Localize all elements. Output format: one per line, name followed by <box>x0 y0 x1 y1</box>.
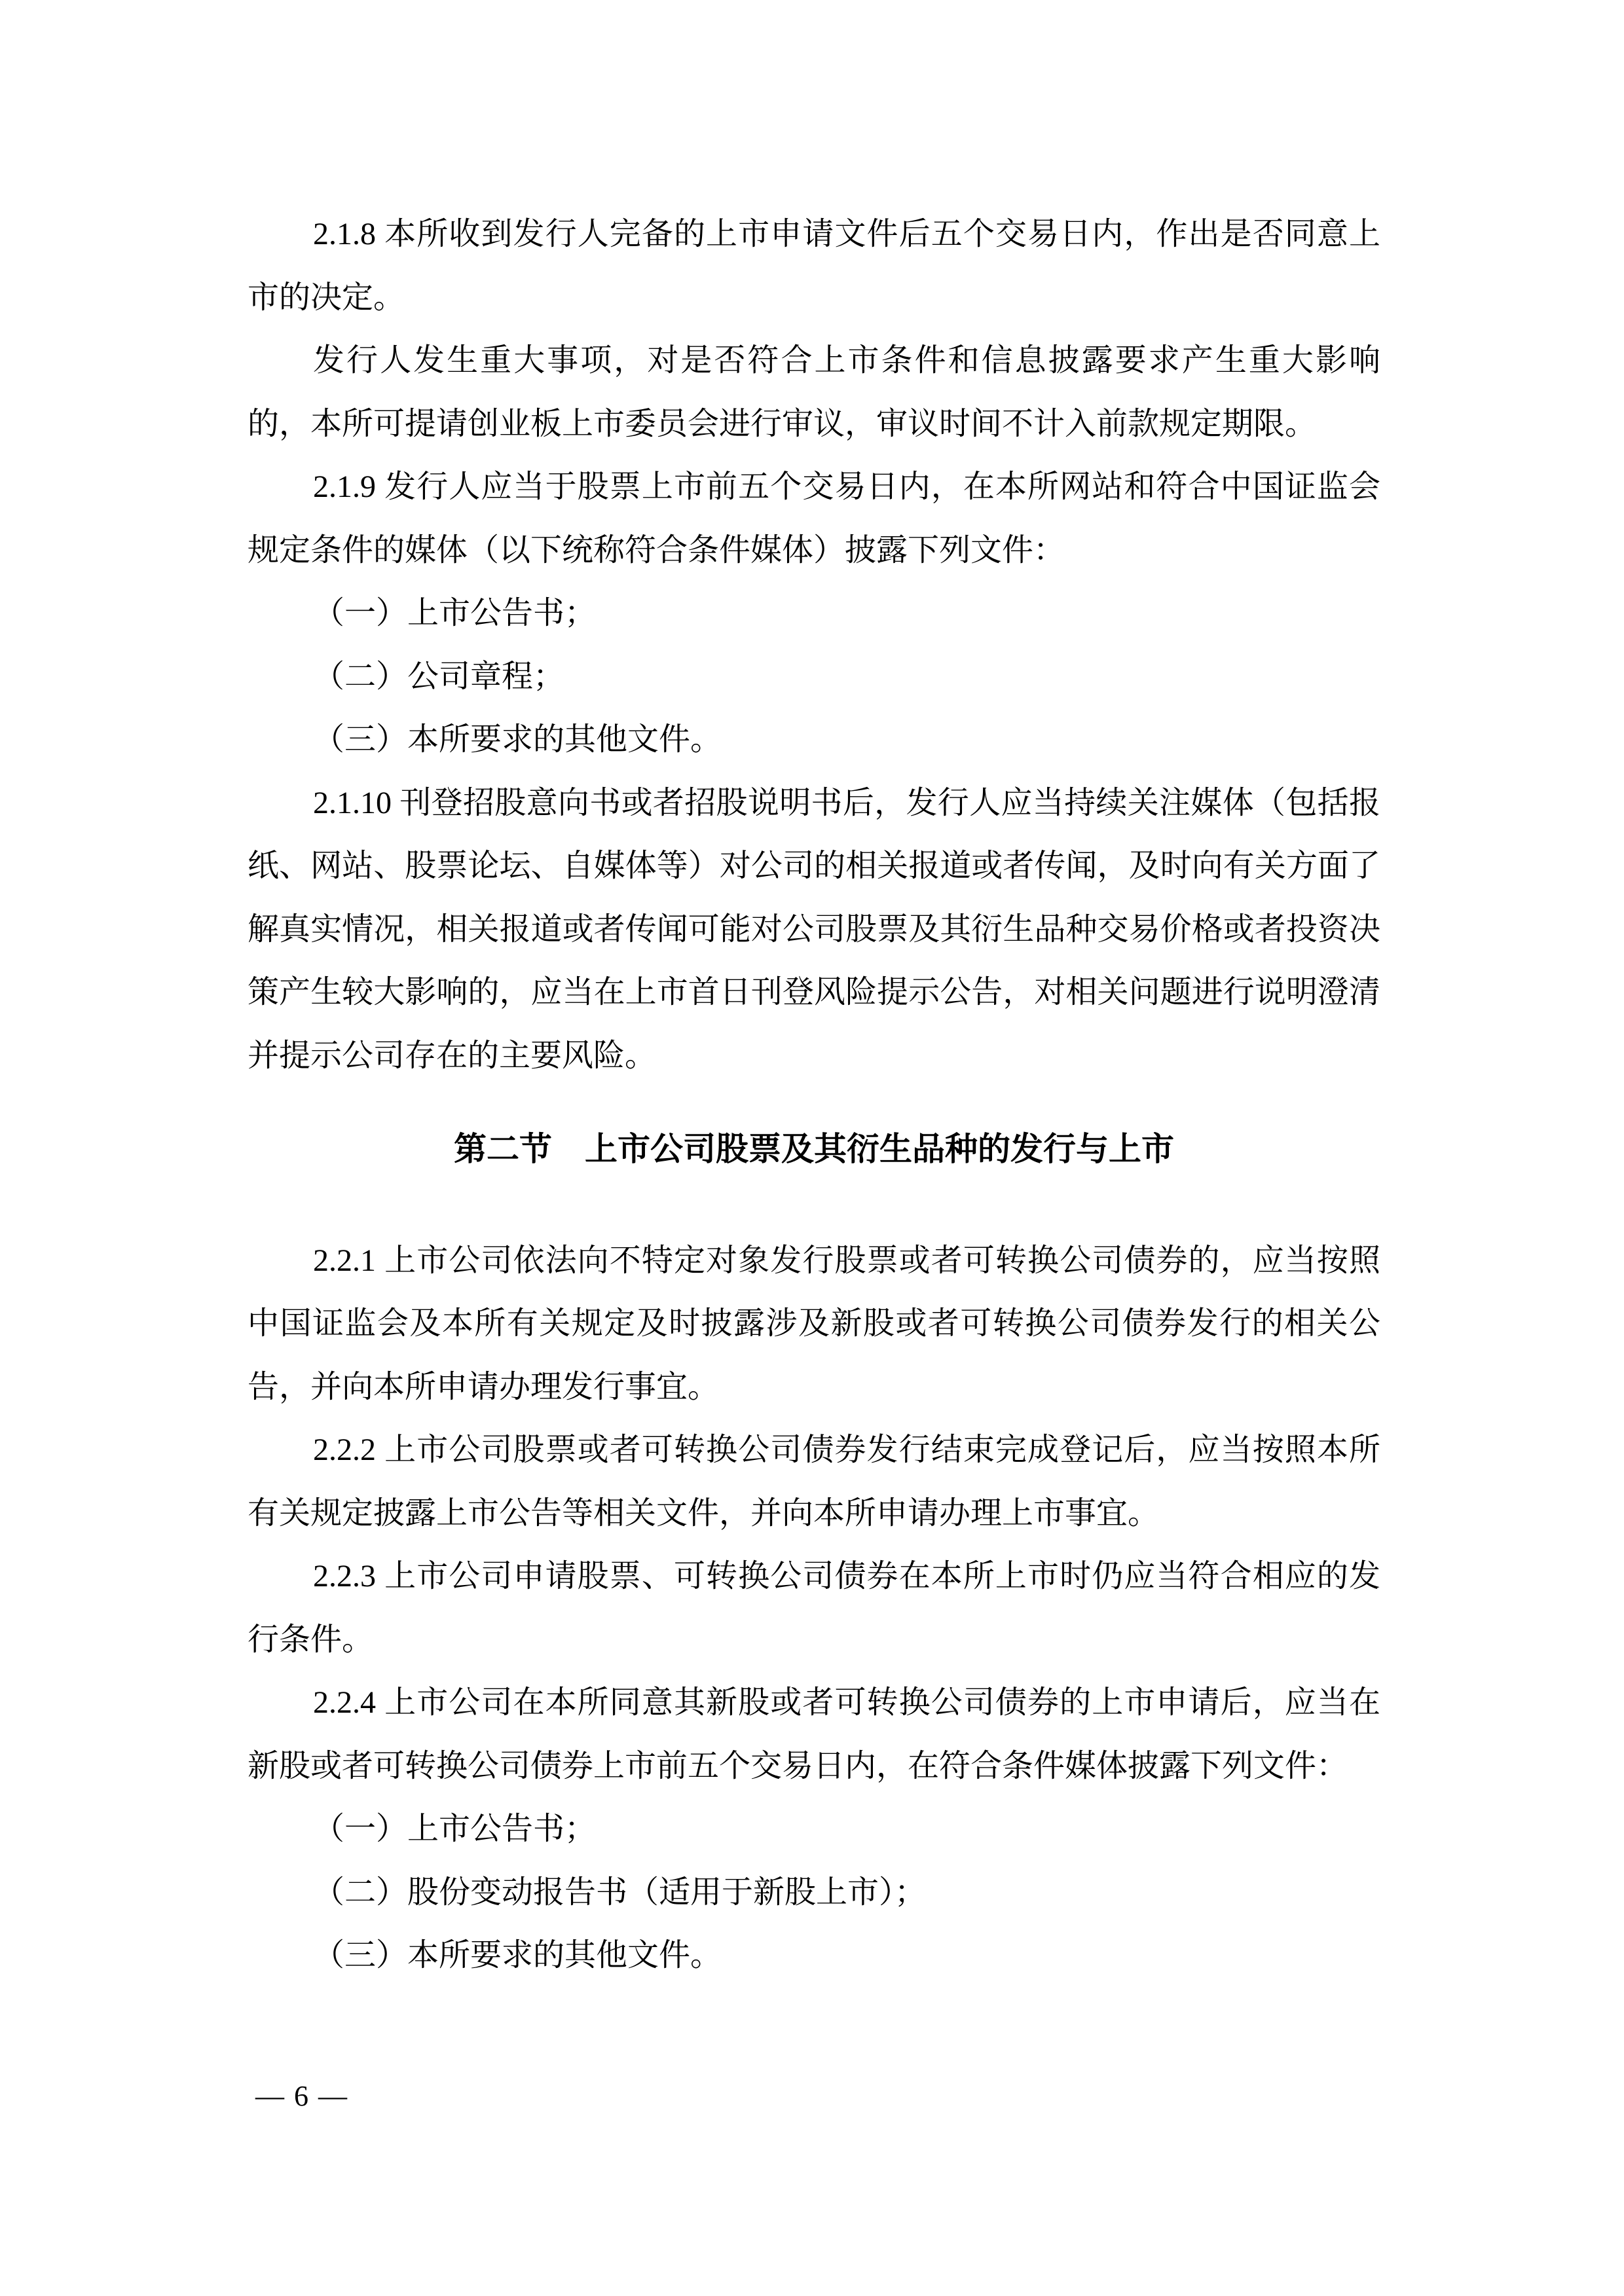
clause-2-2-3: 2.2.3 上市公司申请股票、可转换公司债券在本所上市时仍应当符合相应的发行条件… <box>248 1545 1380 1671</box>
clause-2-1-10: 2.1.10 刊登招股意向书或者招股说明书后，发行人应当持续关注媒体（包括报纸、… <box>248 772 1380 1088</box>
section-2-heading: 第二节 上市公司股票及其衍生品种的发行与上市 <box>248 1118 1380 1181</box>
page-number: — 6 — <box>255 2080 348 2112</box>
list-item-2: （二）公司章程； <box>248 646 1380 709</box>
list-item-6: （三）本所要求的其他文件。 <box>248 1924 1380 1988</box>
clause-2-1-8-continuation: 发行人发生重大事项，对是否符合上市条件和信息披露要求产生重大影响的，本所可提请创… <box>248 329 1380 456</box>
list-item-1: （一）上市公告书； <box>248 582 1380 646</box>
page-footer: — 6 — <box>255 2081 348 2112</box>
list-item-4: （一）上市公告书； <box>248 1798 1380 1861</box>
page-content: 2.1.8 本所收到发行人完备的上市申请文件后五个交易日内，作出是否同意上市的决… <box>248 203 1380 1988</box>
clause-2-2-2: 2.2.2 上市公司股票或者可转换公司债券发行结束完成登记后，应当按照本所有关规… <box>248 1419 1380 1545</box>
clause-2-1-9: 2.1.9 发行人应当于股票上市前五个交易日内，在本所网站和符合中国证监会规定条… <box>248 456 1380 582</box>
clause-2-2-4: 2.2.4 上市公司在本所同意其新股或者可转换公司债券的上市申请后，应当在新股或… <box>248 1671 1380 1798</box>
document-page: 2.1.8 本所收到发行人完备的上市申请文件后五个交易日内，作出是否同意上市的决… <box>0 0 1624 2296</box>
clause-2-2-1: 2.2.1 上市公司依法向不特定对象发行股票或者可转换公司债券的，应当按照中国证… <box>248 1230 1380 1419</box>
list-item-3: （三）本所要求的其他文件。 <box>248 708 1380 772</box>
clause-2-1-8: 2.1.8 本所收到发行人完备的上市申请文件后五个交易日内，作出是否同意上市的决… <box>248 203 1380 329</box>
list-item-5: （二）股份变动报告书（适用于新股上市）； <box>248 1861 1380 1925</box>
